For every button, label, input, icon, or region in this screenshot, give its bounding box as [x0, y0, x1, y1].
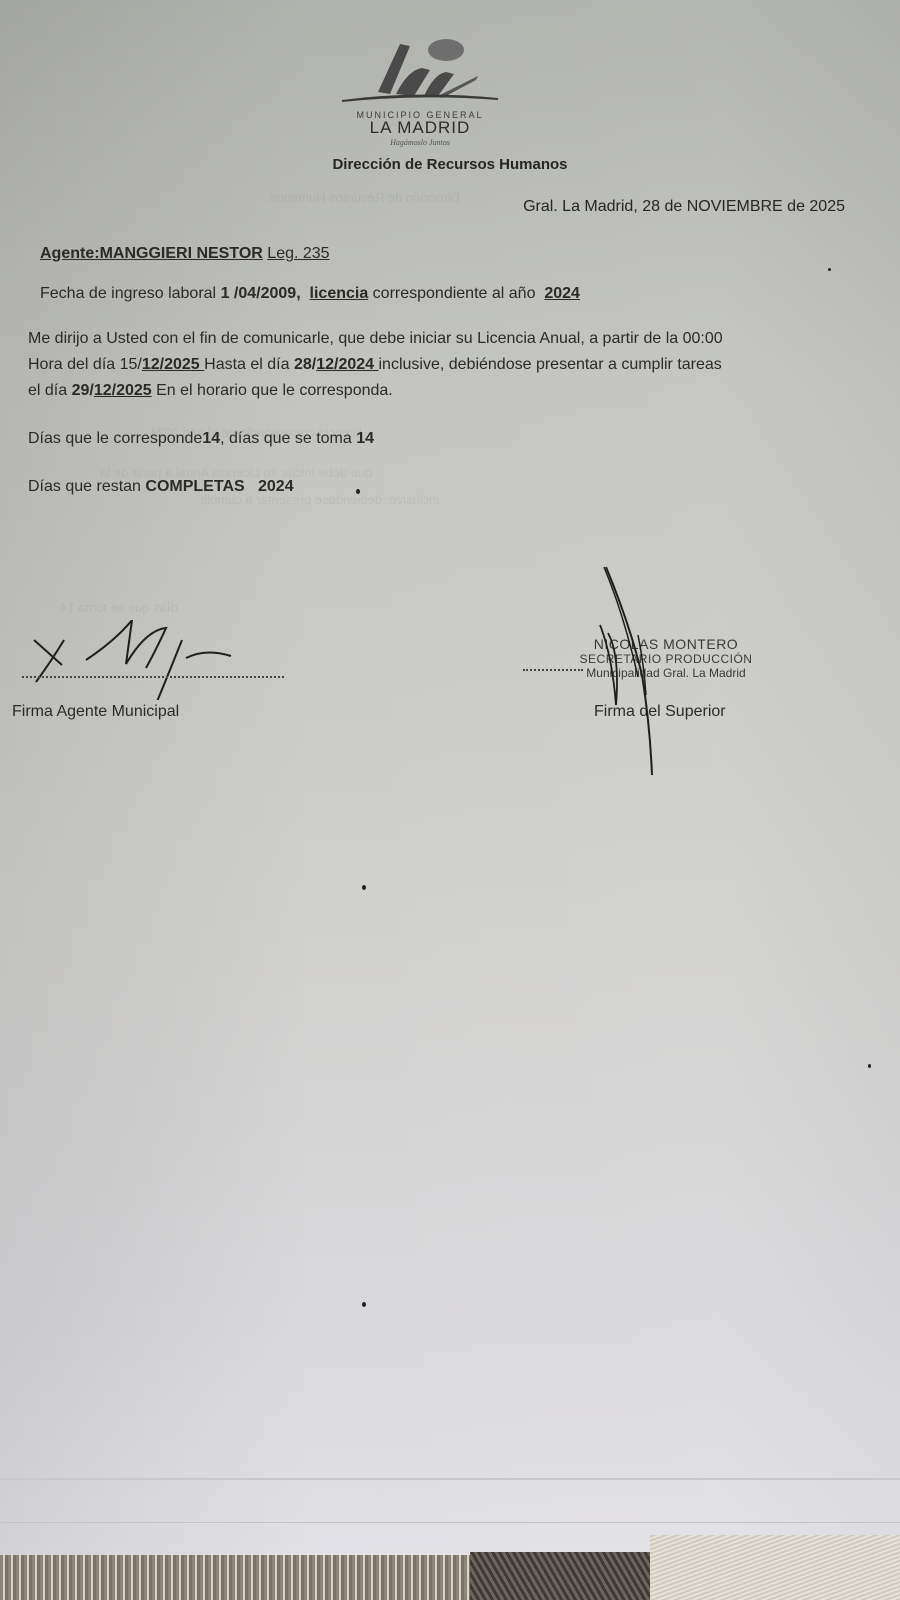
text-fragment: En el horario que le corresponda.: [152, 382, 393, 399]
logo-mark-icon: [338, 34, 502, 110]
agent-signature-label: Firma Agente Municipal: [12, 703, 179, 721]
start-date-day: 15/: [120, 356, 142, 373]
end-date: 12/2024: [316, 356, 378, 373]
superior-signature-line: [523, 669, 583, 671]
licencia-word: licencia: [310, 285, 369, 302]
return-date-day: 29/: [72, 382, 94, 399]
start-date: 12/2025: [142, 356, 204, 373]
text-fragment: inclusive, debiéndose presentar a cumpli…: [379, 356, 722, 373]
agent-name: MANGGIERI NESTOR: [100, 245, 263, 262]
place-and-date: Gral. La Madrid, 28 de NOVIEMBRE de 2025: [523, 198, 845, 216]
background-fabric-light: [650, 1535, 900, 1600]
body-line-1: Me dirijo a Usted con el fin de comunica…: [28, 330, 723, 348]
ingreso-suffix: correspondiente al año: [368, 285, 540, 302]
paper-edge: [0, 1522, 900, 1523]
speck: [356, 489, 360, 494]
municipality-logo: MUNICIPIO GENERAL LA MADRID Hagámoslo Ju…: [338, 34, 502, 152]
ingreso-date: 1 /04/2009,: [221, 285, 301, 302]
speck: [868, 1064, 871, 1068]
logo-slogan: Hagámoslo Juntos: [338, 138, 502, 147]
paper-edge: [0, 1478, 900, 1480]
remaining-line: Días que restan COMPLETAS 2024: [28, 478, 294, 496]
superior-signature: [590, 565, 670, 780]
ingreso-prefix: Fecha de ingreso laboral: [40, 285, 221, 302]
days-middle: , días que se toma: [220, 430, 356, 447]
agent-signature: [16, 620, 286, 700]
days-entitled: 14: [202, 430, 220, 447]
ingreso-line: Fecha de ingreso laboral 1 /04/2009, lic…: [40, 285, 580, 303]
remaining-prefix: Días que restan: [28, 478, 145, 495]
speck: [362, 885, 366, 890]
agent-line: Agente:MANGGIERI NESTOR Leg. 235: [40, 245, 330, 263]
text-fragment: el día: [28, 382, 72, 399]
agent-legajo: Leg. 235: [267, 245, 329, 262]
show-through-text: Dirección de Recursos Humanos: [270, 190, 460, 205]
agent-label: Agente:: [40, 245, 100, 262]
text-fragment: Hora del día: [28, 356, 120, 373]
body-line-3: el día 29/12/2025 En el horario que le c…: [28, 382, 393, 400]
document-sheet: [0, 0, 900, 1555]
text-fragment: Hasta el día: [204, 356, 294, 373]
speck: [828, 268, 831, 271]
logo-name: LA MADRID: [338, 118, 502, 138]
body-line-2: Hora del día 15/12/2025 Hasta el día 28/…: [28, 356, 722, 374]
speck: [362, 1302, 366, 1307]
show-through-text: días que se toma 14: [60, 600, 178, 615]
remaining-value: COMPLETAS 2024: [145, 478, 293, 495]
background-fabric-dark: [470, 1552, 670, 1600]
licencia-year: 2024: [544, 285, 580, 302]
days-taken: 14: [356, 430, 374, 447]
agent-signature-line: [22, 676, 284, 678]
days-line: Días que le corresponde14, días que se t…: [28, 430, 374, 448]
days-prefix: Días que le corresponde: [28, 430, 202, 447]
return-date: 12/2025: [94, 382, 152, 399]
end-date-day: 28/: [294, 356, 316, 373]
department-title: Dirección de Recursos Humanos: [0, 156, 900, 173]
